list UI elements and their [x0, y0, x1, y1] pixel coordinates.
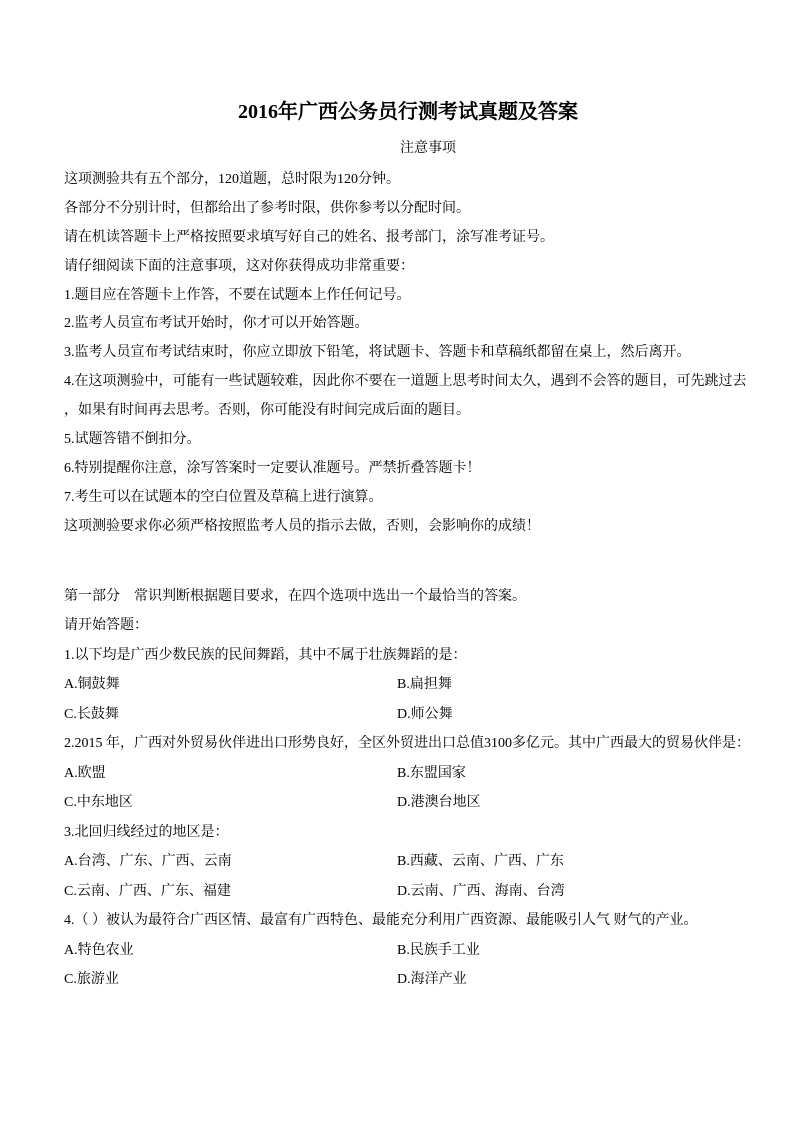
part-heading: 第一部分 常识判断根据题目要求，在四个选项中选出一个最恰当的答案。: [64, 582, 794, 612]
option-d: D.师公舞: [397, 700, 453, 730]
notice-line: 1.题目应在答题卡上作答，不要在试题本上作任何记号。: [64, 282, 794, 311]
part-one-section: 第一部分 常识判断根据题目要求，在四个选项中选出一个最恰当的答案。 请开始答题：…: [0, 582, 794, 995]
option-c: C.旅游业: [64, 965, 397, 995]
notice-heading: 注意事项: [31, 138, 794, 160]
option-row: C.云南、广西、广东、福建D.云南、广西、海南、台湾: [64, 877, 794, 907]
notice-line: 6.特别提醒你注意，涂写答案时一定要认准题号。严禁折叠答题卡！: [64, 455, 794, 484]
option-b: B.西藏、云南、广西、广东: [397, 847, 564, 877]
option-a: A.铜鼓舞: [64, 670, 397, 700]
notice-line: ，如果有时间再去思考。否则，你可能没有时间完成后面的题目。: [64, 397, 794, 426]
notice-line: 2.监考人员宣布考试开始时，你才可以开始答题。: [64, 310, 794, 339]
option-c: C.中东地区: [64, 788, 397, 818]
option-row: A.台湾、广东、广西、云南B.西藏、云南、广西、广东: [64, 847, 794, 877]
option-row: C.旅游业D.海洋产业: [64, 965, 794, 995]
option-b: B.扁担舞: [397, 670, 452, 700]
question-stem: 2.2015 年，广西对外贸易伙伴进出口形势良好，全区外贸进出口总值3100多亿…: [64, 729, 794, 759]
option-b: B.民族手工业: [397, 936, 480, 966]
option-a: A.欧盟: [64, 759, 397, 789]
notice-line: 这项测验要求你必须严格按照监考人员的指示去做，否则，会影响你的成绩！: [64, 513, 794, 542]
notice-line: 4.在这项测验中，可能有一些试题较难，因此你不要在一道题上思考时间太久，遇到不会…: [64, 368, 794, 397]
option-row: A.铜鼓舞B.扁担舞: [64, 670, 794, 700]
notice-line: 3.监考人员宣布考试结束时，你应立即放下铅笔，将试题卡、答题卡和草稿纸都留在桌上…: [64, 339, 794, 368]
document-page: 2016年广西公务员行测考试真题及答案 注意事项 这项测验共有五个部分，120道…: [0, 0, 794, 1123]
question-stem: 1.以下均是广西少数民族的民间舞蹈，其中不属于壮族舞蹈的是：: [64, 641, 794, 671]
option-row: A.特色农业B.民族手工业: [64, 936, 794, 966]
option-d: D.港澳台地区: [397, 788, 481, 818]
option-d: D.云南、广西、海南、台湾: [397, 877, 565, 907]
option-a: A.台湾、广东、广西、云南: [64, 847, 397, 877]
question-stem: 4.（ ）被认为最符合广西区情、最富有广西特色、最能充分利用广西资源、最能吸引人…: [64, 906, 794, 936]
notice-line: 请在机读答题卡上严格按照要求填写好自己的姓名、报考部门，涂写准考证号。: [64, 224, 794, 253]
start-prompt: 请开始答题：: [64, 611, 794, 641]
option-row: C.长鼓舞D.师公舞: [64, 700, 794, 730]
option-row: C.中东地区D.港澳台地区: [64, 788, 794, 818]
notice-line: 5.试题答错不倒扣分。: [64, 426, 794, 455]
option-c: C.云南、广西、广东、福建: [64, 877, 397, 907]
notice-line: 7.考生可以在试题本的空白位置及草稿上进行演算。: [64, 484, 794, 513]
notice-line: 请仔细阅读下面的注意事项，这对你获得成功非常重要：: [64, 253, 794, 282]
option-d: D.海洋产业: [397, 965, 467, 995]
option-b: B.东盟国家: [397, 759, 466, 789]
question-stem: 3.北回归线经过的地区是：: [64, 818, 794, 848]
document-title: 2016年广西公务员行测考试真题及答案: [11, 0, 794, 124]
option-c: C.长鼓舞: [64, 700, 397, 730]
option-a: A.特色农业: [64, 936, 397, 966]
notice-line: 这项测验共有五个部分，120道题，总时限为120分钟。: [64, 166, 794, 195]
notice-section: 这项测验共有五个部分，120道题，总时限为120分钟。 各部分不分别计时，但都给…: [0, 166, 794, 542]
notice-line: 各部分不分别计时，但都给出了参考时限，供你参考以分配时间。: [64, 195, 794, 224]
option-row: A.欧盟B.东盟国家: [64, 759, 794, 789]
